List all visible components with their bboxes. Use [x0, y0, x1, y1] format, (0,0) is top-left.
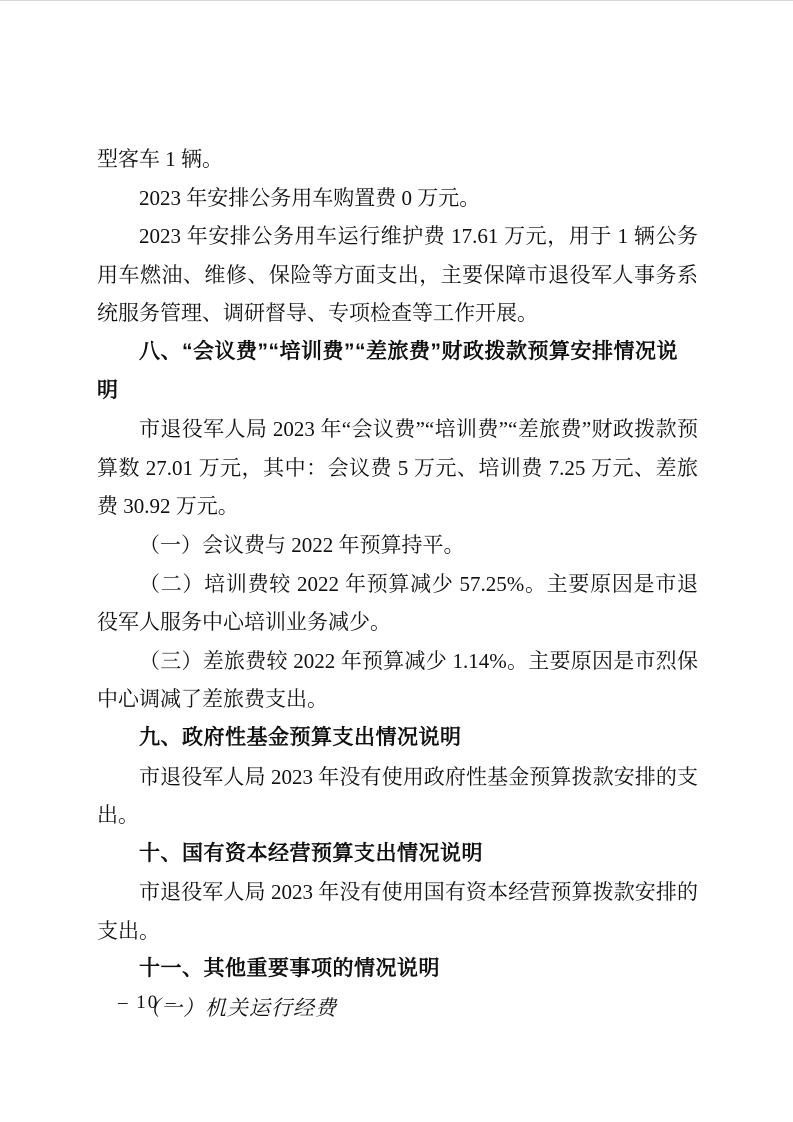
paragraph-vehicle-maintenance: 2023 年安排公务用车运行维护费 17.61 万元，用于 1 辆公务用车燃油、…: [97, 217, 698, 333]
paragraph-section10: 市退役军人局 2023 年没有使用国有资本经营预算拨款安排的支出。: [97, 873, 698, 950]
paragraph-section8-item1: （一）会议费与 2022 年预算持平。: [97, 526, 698, 565]
paragraph-vehicle-continuation: 型客车 1 辆。: [97, 140, 698, 179]
section-heading-11: 十一、其他重要事项的情况说明: [97, 950, 698, 989]
document-body: 型客车 1 辆。 2023 年安排公务用车购置费 0 万元。 2023 年安排公…: [97, 140, 698, 1028]
paragraph-vehicle-purchase: 2023 年安排公务用车购置费 0 万元。: [97, 179, 698, 218]
paragraph-section8-intro: 市退役军人局 2023 年“会议费”“培训费”“差旅费”财政拨款预算数 27.0…: [97, 410, 698, 526]
page-number: – 10 –: [118, 992, 178, 1014]
section-heading-9: 九、政府性基金预算支出情况说明: [97, 719, 698, 758]
paragraph-section8-item2: （二）培训费较 2022 年预算减少 57.25%。主要原因是市退役军人服务中心…: [97, 565, 698, 642]
section-heading-8: 八、“会议费”“培训费”“差旅费”财政拨款预算安排情况说明: [97, 333, 698, 410]
section-heading-10: 十、国有资本经营预算支出情况说明: [97, 835, 698, 874]
document-page: 型客车 1 辆。 2023 年安排公务用车购置费 0 万元。 2023 年安排公…: [0, 0, 793, 1122]
paragraph-section8-item3: （三）差旅费较 2022 年预算减少 1.14%。主要原因是市烈保中心调减了差旅…: [97, 642, 698, 719]
paragraph-section11-item1: （一）机关运行经费: [97, 989, 698, 1028]
paragraph-section9: 市退役军人局 2023 年没有使用政府性基金预算拨款安排的支出。: [97, 758, 698, 835]
